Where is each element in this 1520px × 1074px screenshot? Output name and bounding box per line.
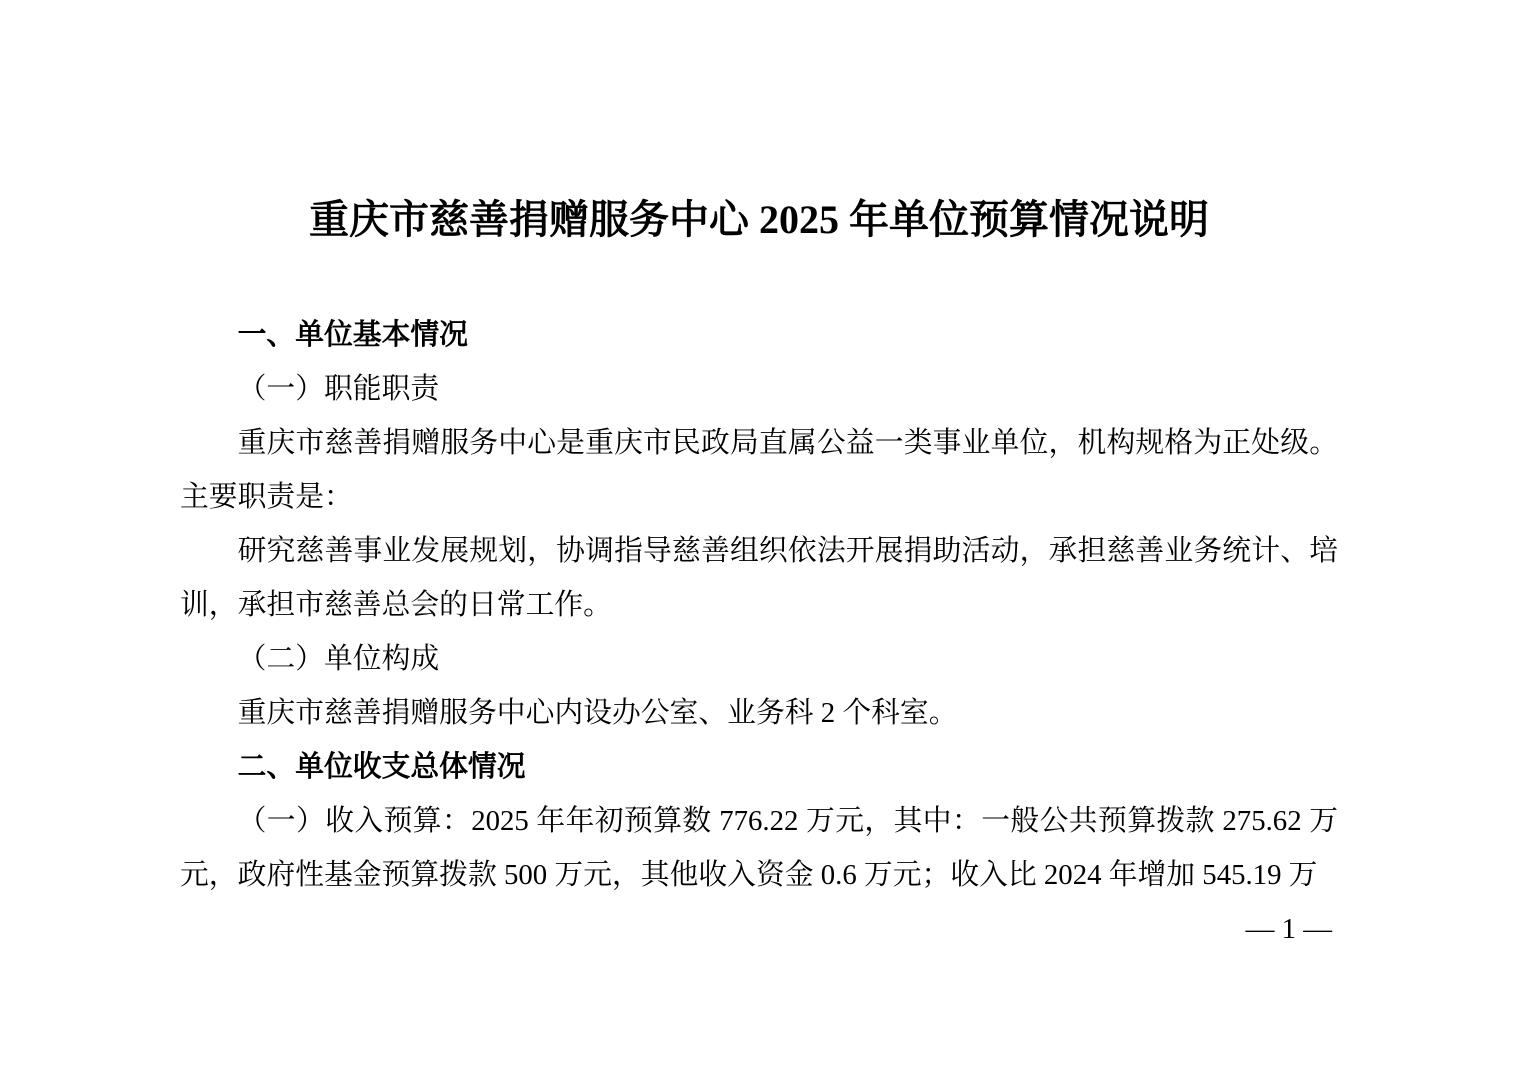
page-title: 重庆市慈善捐赠服务中心 2025 年单位预算情况说明: [180, 195, 1338, 245]
page-number: — 1 —: [180, 902, 1338, 956]
paragraph-functions-detail: 研究慈善事业发展规划，协调指导慈善组织依法开展捐助活动，承担慈善业务统计、培训，…: [180, 524, 1338, 632]
section-heading-basic-info: 一、单位基本情况: [180, 308, 1338, 362]
paragraph-composition: 重庆市慈善捐赠服务中心内设办公室、业务科 2 个科室。: [180, 686, 1338, 740]
document-body: 重庆市慈善捐赠服务中心 2025 年单位预算情况说明 一、单位基本情况 （一）职…: [180, 0, 1338, 956]
document-content: 一、单位基本情况 （一）职能职责 重庆市慈善捐赠服务中心是重庆市民政局直属公益一…: [180, 308, 1338, 956]
paragraph-income-budget: （一）收入预算：2025 年年初预算数 776.22 万元，其中：一般公共预算拨…: [180, 794, 1338, 902]
subsection-heading-composition: （二）单位构成: [180, 632, 1338, 686]
subsection-heading-functions: （一）职能职责: [180, 362, 1338, 416]
paragraph-functions-overview: 重庆市慈善捐赠服务中心是重庆市民政局直属公益一类事业单位，机构规格为正处级。主要…: [180, 416, 1338, 524]
document-page: 重庆市慈善捐赠服务中心 2025 年单位预算情况说明 一、单位基本情况 （一）职…: [0, 0, 1520, 1074]
section-heading-budget-overview: 二、单位收支总体情况: [180, 740, 1338, 794]
